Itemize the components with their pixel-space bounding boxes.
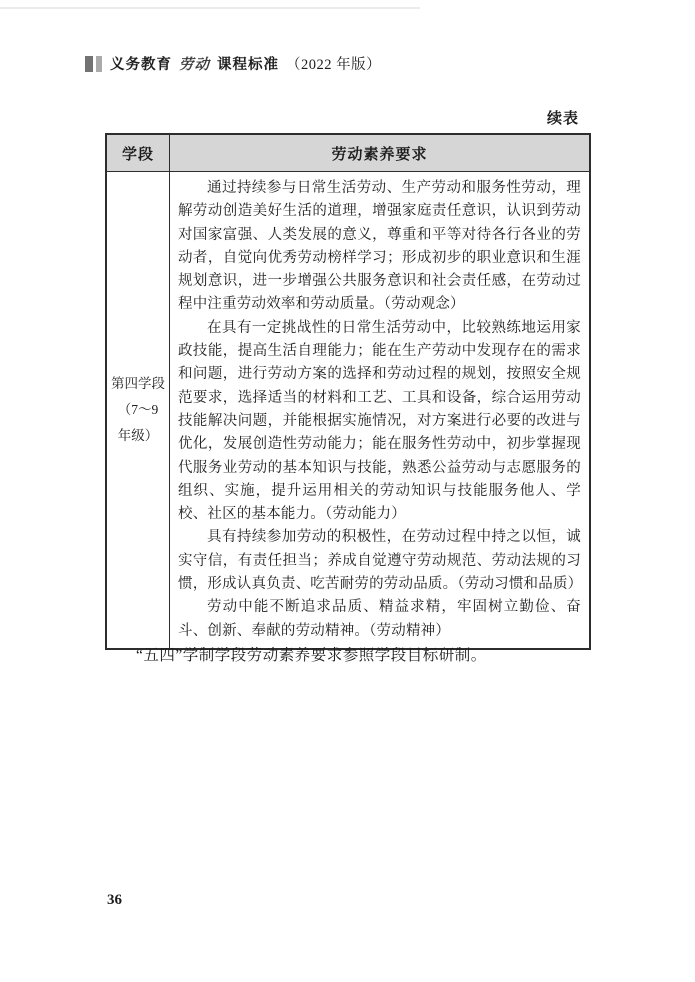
table-row: 第四学段 （7～9 年级） 通过持续参与日常生活劳动、生产劳动和服务性劳动，理解…: [106, 172, 590, 649]
double-bar-icon: [85, 56, 102, 72]
requirements-cell: 通过持续参与日常生活劳动、生产劳动和服务性劳动，理解劳动创造美好生活的道理，增强…: [170, 172, 591, 649]
scan-edge-line: [0, 7, 420, 9]
header-standard-label: 课程标准: [217, 53, 279, 74]
stage-grades-line-open: （7～9: [109, 397, 167, 423]
requirement-paragraph-concepts: 通过持续参与日常生活劳动、生产劳动和服务性劳动，理解劳动创造美好生活的道理，增强…: [178, 177, 581, 317]
stage-grades-line-close: 年级）: [109, 423, 167, 449]
table-header-row: 学段 劳动素养要求: [106, 134, 590, 172]
labor-literacy-requirements-table: 学段 劳动素养要求 第四学段 （7～9 年级） 通过持续参与日常生活劳动、生产劳…: [105, 133, 591, 650]
header-series-label: 义务教育: [110, 53, 172, 74]
requirement-paragraph-spirit: 劳动中能不断追求品质、精益求精，牢固树立勤俭、奋斗、创新、奉献的劳动精神。（劳动…: [178, 596, 581, 643]
stage-name-line: 第四学段: [109, 371, 167, 397]
requirement-paragraph-ability: 在具有一定挑战性的日常生活劳动中，比较熟练地运用家政技能，提高生活自理能力；能在…: [178, 317, 581, 527]
document-page: 义务教育 劳动 课程标准 （2022 年版） 续表 学段 劳动素养要求 第四学段…: [0, 0, 695, 982]
page-number: 36: [107, 892, 122, 909]
bar-dark: [85, 56, 93, 72]
header-subject-label: 劳动: [179, 53, 210, 74]
stage-cell: 第四学段 （7～9 年级）: [106, 172, 170, 649]
bar-light: [96, 56, 102, 72]
footnote-paragraph: “五四”学制学段劳动素养要求参照学段目标研制。: [105, 643, 591, 665]
running-header: 义务教育 劳动 课程标准 （2022 年版）: [85, 53, 381, 74]
column-header-requirements: 劳动素养要求: [170, 134, 591, 172]
table-continuation-label: 续表: [547, 107, 579, 128]
requirement-paragraph-habits: 具有持续参加劳动的积极性，在劳动过程中持之以恒，诚实守信，有责任担当；养成自觉遵…: [178, 526, 581, 596]
header-edition-label: （2022 年版）: [286, 53, 381, 74]
column-header-stage: 学段: [106, 134, 170, 172]
